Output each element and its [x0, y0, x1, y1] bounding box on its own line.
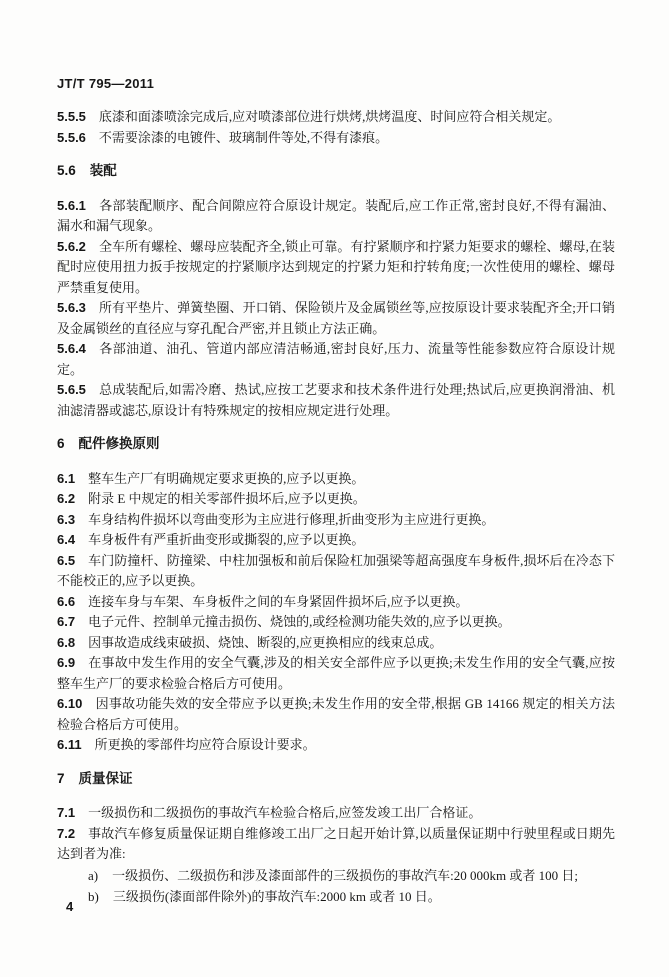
- clause-number: 6.1: [57, 471, 75, 486]
- clause-number: 7.2: [57, 826, 75, 841]
- section-number: 7: [57, 771, 65, 786]
- clause-number: 6.5: [57, 553, 75, 568]
- clause-number: 5.5.6: [57, 130, 86, 145]
- clause-text: 一级损伤和二级损伤的事故汽车检验合格后,应签发竣工出厂合格证。: [88, 805, 481, 820]
- section-title: 配件修换原则: [79, 436, 160, 451]
- section-title: 质量保证: [79, 771, 133, 786]
- clause-text: 整车生产厂有明确规定要求更换的,应予以更换。: [88, 471, 364, 486]
- clause-5-6-1: 5.6.1各部装配顺序、配合间隙应符合原设计规定。装配后,应工作正常,密封良好,…: [57, 196, 615, 237]
- clause-number: 7.1: [57, 805, 75, 820]
- clause-text: 附录 E 中规定的相关零部件损坏后,应予以更换。: [88, 491, 366, 506]
- clause-6-11: 6.11所更换的零部件均应符合原设计要求。: [57, 735, 615, 756]
- clause-text: 车身结构件损坏以弯曲变形为主应进行修理,折曲变形为主应进行更换。: [88, 512, 494, 527]
- clause-6-9: 6.9在事故中发生作用的安全气囊,涉及的相关安全部件应予以更换;未发生作用的安全…: [57, 653, 615, 694]
- clause-6-7: 6.7电子元件、控制单元撞击损伤、烧蚀的,或经检测功能失效的,应予以更换。: [57, 612, 615, 633]
- clause-number: 6.7: [57, 614, 75, 629]
- clause-6-6: 6.6连接车身与车架、车身板件之间的车身紧固件损坏后,应予以更换。: [57, 592, 615, 613]
- clause-7-2: 7.2事故汽车修复质量保证期自维修竣工出厂之日起开始计算,以质量保证期中行驶里程…: [57, 824, 615, 865]
- section-number: 6: [57, 436, 65, 451]
- clause-number: 5.6.5: [57, 382, 86, 397]
- clause-number: 5.6.4: [57, 341, 86, 356]
- section-heading-7: 7质量保证: [57, 769, 615, 790]
- clause-6-8: 6.8因事故造成线束破损、烧蚀、断裂的,应更换相应的线束总成。: [57, 633, 615, 654]
- section-heading-6: 6配件修换原则: [57, 434, 615, 455]
- clause-number: 6.4: [57, 532, 75, 547]
- list-marker: a): [88, 868, 98, 883]
- clause-text: 在事故中发生作用的安全气囊,涉及的相关安全部件应予以更换;未发生作用的安全气囊,…: [57, 655, 615, 691]
- list-marker: b): [88, 889, 99, 904]
- list-item-b: b)三级损伤(漆面部件除外)的事故汽车:2000 km 或者 10 日。: [57, 886, 615, 907]
- clause-5-6-3: 5.6.3所有平垫片、弹簧垫圈、开口销、保险锁片及金属锁丝等,应按原设计要求装配…: [57, 298, 615, 339]
- document-page: JT/T 795—2011 5.5.5底漆和面漆喷涂完成后,应对喷漆部位进行烘烤…: [0, 0, 669, 977]
- list-text: 一级损伤、二级损伤和涉及漆面部件的三级损伤的事故汽车:20 000km 或者 1…: [112, 868, 578, 883]
- page-number: 4: [66, 899, 73, 914]
- clause-text: 车身板件有严重折曲变形或撕裂的,应予以更换。: [88, 532, 364, 547]
- clause-number: 6.3: [57, 512, 75, 527]
- section-title: 装配: [90, 163, 117, 178]
- clause-number: 6.2: [57, 491, 75, 506]
- clause-text: 电子元件、控制单元撞击损伤、烧蚀的,或经检测功能失效的,应予以更换。: [88, 614, 511, 629]
- clause-6-10: 6.10因事故功能失效的安全带应予以更换;未发生作用的安全带,根据 GB 141…: [57, 694, 615, 735]
- clause-6-1: 6.1整车生产厂有明确规定要求更换的,应予以更换。: [57, 469, 615, 490]
- clause-text: 全车所有螺栓、螺母应装配齐全,锁止可靠。有拧紧顺序和拧紧力矩要求的螺栓、螺母,在…: [57, 239, 615, 295]
- clause-number: 5.6.1: [57, 198, 86, 213]
- clause-6-5: 6.5车门防撞杆、防撞梁、中柱加强板和前后保险杠加强梁等超高强度车身板件,损坏后…: [57, 551, 615, 592]
- clause-number: 5.6.3: [57, 300, 86, 315]
- clause-text: 不需要涂漆的电镀件、玻璃制件等处,不得有漆痕。: [99, 130, 388, 145]
- clause-text: 总成装配后,如需冷磨、热试,应按工艺要求和技术条件进行处理;热试后,应更换润滑油…: [57, 382, 615, 418]
- clause-5-5-6: 5.5.6不需要涂漆的电镀件、玻璃制件等处,不得有漆痕。: [57, 128, 615, 149]
- clause-number: 6.9: [57, 655, 75, 670]
- clause-text: 车门防撞杆、防撞梁、中柱加强板和前后保险杠加强梁等超高强度车身板件,损坏后在冷态…: [57, 553, 615, 589]
- clause-text: 连接车身与车架、车身板件之间的车身紧固件损坏后,应予以更换。: [88, 594, 468, 609]
- list-text: 三级损伤(漆面部件除外)的事故汽车:2000 km 或者 10 日。: [113, 889, 441, 904]
- section-heading-5-6: 5.6装配: [57, 161, 615, 182]
- clause-6-3: 6.3车身结构件损坏以弯曲变形为主应进行修理,折曲变形为主应进行更换。: [57, 510, 615, 531]
- clause-5-5-5: 5.5.5底漆和面漆喷涂完成后,应对喷漆部位进行烘烤,烘烤温度、时间应符合相关规…: [57, 107, 615, 128]
- clause-text: 各部装配顺序、配合间隙应符合原设计规定。装配后,应工作正常,密封良好,不得有漏油…: [57, 198, 615, 234]
- clause-text: 因事故造成线束破损、烧蚀、断裂的,应更换相应的线束总成。: [88, 635, 442, 650]
- standard-number-header: JT/T 795—2011: [57, 76, 615, 91]
- clause-7-1: 7.1一级损伤和二级损伤的事故汽车检验合格后,应签发竣工出厂合格证。: [57, 803, 615, 824]
- clause-number: 6.8: [57, 635, 75, 650]
- clause-text: 各部油道、油孔、管道内部应清洁畅通,密封良好,压力、流量等性能参数应符合原设计规…: [57, 341, 615, 377]
- clause-text: 底漆和面漆喷涂完成后,应对喷漆部位进行烘烤,烘烤温度、时间应符合相关规定。: [99, 109, 561, 124]
- clause-number: 6.6: [57, 594, 75, 609]
- clause-5-6-4: 5.6.4各部油道、油孔、管道内部应清洁畅通,密封良好,压力、流量等性能参数应符…: [57, 339, 615, 380]
- clause-5-6-2: 5.6.2全车所有螺栓、螺母应装配齐全,锁止可靠。有拧紧顺序和拧紧力矩要求的螺栓…: [57, 237, 615, 299]
- section-number: 5.6: [57, 163, 76, 178]
- clause-text: 所更换的零部件均应符合原设计要求。: [95, 737, 316, 752]
- clause-5-6-5: 5.6.5总成装配后,如需冷磨、热试,应按工艺要求和技术条件进行处理;热试后,应…: [57, 380, 615, 421]
- clause-number: 6.11: [57, 737, 82, 752]
- document-content: JT/T 795—2011 5.5.5底漆和面漆喷涂完成后,应对喷漆部位进行烘烤…: [57, 76, 615, 907]
- clause-number: 5.6.2: [57, 239, 86, 254]
- clause-text: 事故汽车修复质量保证期自维修竣工出厂之日起开始计算,以质量保证期中行驶里程或日期…: [57, 826, 615, 862]
- clause-text: 因事故功能失效的安全带应予以更换;未发生作用的安全带,根据 GB 14166 规…: [57, 696, 615, 732]
- clause-number: 6.10: [57, 696, 82, 711]
- clause-6-4: 6.4车身板件有严重折曲变形或撕裂的,应予以更换。: [57, 530, 615, 551]
- list-item-a: a)一级损伤、二级损伤和涉及漆面部件的三级损伤的事故汽车:20 000km 或者…: [57, 865, 615, 886]
- clause-6-2: 6.2附录 E 中规定的相关零部件损坏后,应予以更换。: [57, 489, 615, 510]
- clause-text: 所有平垫片、弹簧垫圈、开口销、保险锁片及金属锁丝等,应按原设计要求装配齐全;开口…: [57, 300, 615, 336]
- clause-number: 5.5.5: [57, 109, 86, 124]
